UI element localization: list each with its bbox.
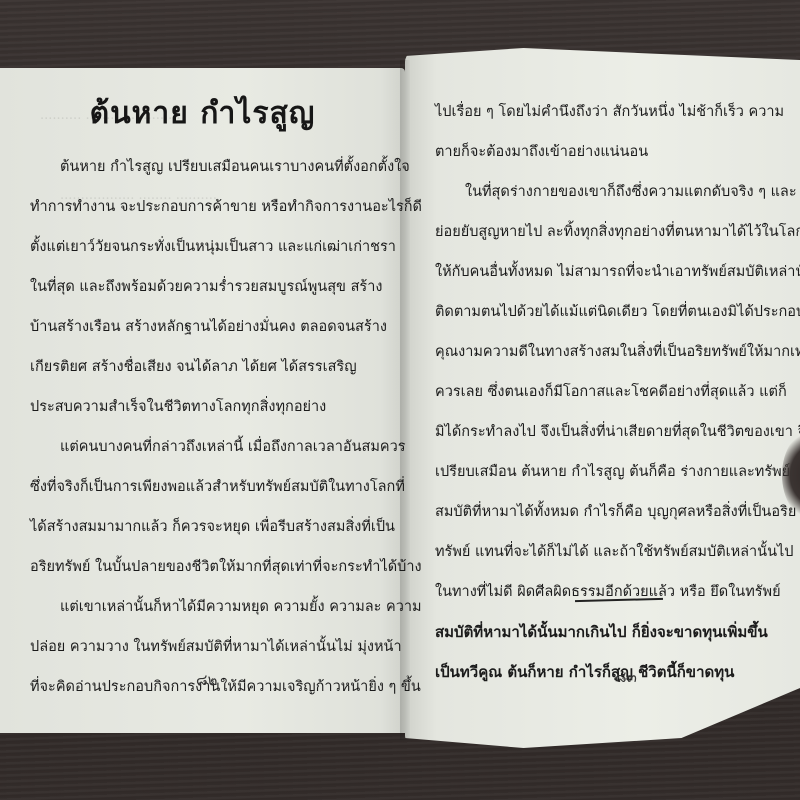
paragraph-line: ตายก็จะต้องมาถึงเข้าอย่างแน่นอน xyxy=(435,132,780,172)
paragraph-line-bold: สมบัติที่หามาได้นั้นมากเกินไป ก็ยิ่งจะขา… xyxy=(435,612,780,652)
right-page-body: ไปเรื่อย ๆ โดยไม่คำนึงถึงว่า สักวันหนึ่ง… xyxy=(435,92,780,692)
paragraph-line: ในที่สุด และถึงพร้อมด้วยความร่ำรวยสมบูรณ… xyxy=(30,267,390,307)
paragraph-line: คุณงามความดีในทางสร้างสมในสิ่งที่เป็นอริ… xyxy=(435,332,780,372)
paragraph-line: ประสบความสำเร็จในชีวิตทางโลกทุกสิ่งทุกอย… xyxy=(30,387,390,427)
paragraph-line: ซึ่งที่จริงก็เป็นการเพียงพอแล้วสำหรับทรั… xyxy=(30,467,390,507)
page-number-right: ๘๓ xyxy=(615,665,637,689)
chapter-title: ต้นหาย กำไรสูญ xyxy=(0,90,405,137)
paragraph-line: อริยทรัพย์ ในบั้นปลายของชีวิตให้มากที่สุ… xyxy=(30,547,390,587)
paragraph-line: ปล่อย ความวาง ในทรัพย์สมบัติที่หามาได้เห… xyxy=(30,627,390,667)
left-page-body: ต้นหาย กำไรสูญ เปรียบเสมือนคนเราบางคนที่… xyxy=(30,147,390,707)
paragraph-line: ทรัพย์ แทนที่จะได้ก็ไม่ได้ และถ้าใช้ทรัพ… xyxy=(435,532,780,572)
paragraph-line: ต้นหาย กำไรสูญ เปรียบเสมือนคนเราบางคนที่… xyxy=(30,147,390,187)
paragraph-line: ให้กับคนอื่นทั้งหมด ไม่สามารถที่จะนำเอาท… xyxy=(435,252,780,292)
paragraph-line: ในทางที่ไม่ดี ผิดศีลผิดธรรมอีกด้วยแล้ว ห… xyxy=(435,572,780,612)
paragraph-line: เปรียบเสมือน ต้นหาย กำไรสูญ ต้นก็คือ ร่า… xyxy=(435,452,780,492)
paragraph-line: เกียรติยศ สร้างชื่อเสียง จนได้ลาภ ได้ยศ … xyxy=(30,347,390,387)
paragraph-line: ในที่สุดร่างกายของเขาก็ถึงซึ่งความแตกดับ… xyxy=(435,172,780,212)
paragraph-line: ย่อยยับสูญหายไป ละทิ้งทุกสิ่งทุกอย่างที่… xyxy=(435,212,780,252)
paragraph-line: ไปเรื่อย ๆ โดยไม่คำนึงถึงว่า สักวันหนึ่ง… xyxy=(435,92,780,132)
page-number-left: ๘๒ xyxy=(196,668,217,692)
paragraph-line: ตั้งแต่เยาว์วัยจนกระทั่งเป็นหนุ่มเป็นสาว… xyxy=(30,227,390,267)
paragraph-line: ติดตามตนไปด้วยได้แม้แต่นิดเดียว โดยที่ตน… xyxy=(435,292,780,332)
paragraph-line: มิได้กระทำลงไป จึงเป็นสิ่งที่น่าเสียดายท… xyxy=(435,412,780,452)
paragraph-line: บ้านสร้างเรือน สร้างหลักฐานได้อย่างมั่นค… xyxy=(30,307,390,347)
paragraph-line: แต่คนบางคนที่กล่าวถึงเหล่านี้ เมื่อถึงกา… xyxy=(30,427,390,467)
paragraph-line: ได้สร้างสมมามากแล้ว ก็ควรจะหยุด เพื่อรีบ… xyxy=(30,507,390,547)
paragraph-line: ควรเลย ซึ่งตนเองก็มีโอกาสและโชคดีอย่างที… xyxy=(435,372,780,412)
paragraph-line: ทำการทำงาน จะประกอบการค้าขาย หรือทำกิจกา… xyxy=(30,187,390,227)
paragraph-line: สมบัติที่หามาได้ทั้งหมด กำไรก็คือ บุญกุศ… xyxy=(435,492,780,532)
paragraph-line-bold: เป็นทวีคูณ ต้นก็หาย กำไรก็สูญ ชีวิตนี้ก็… xyxy=(435,652,780,692)
paragraph-line: แต่เขาเหล่านั้นก็หาได้มีความหยุด ความยั้… xyxy=(30,587,390,627)
